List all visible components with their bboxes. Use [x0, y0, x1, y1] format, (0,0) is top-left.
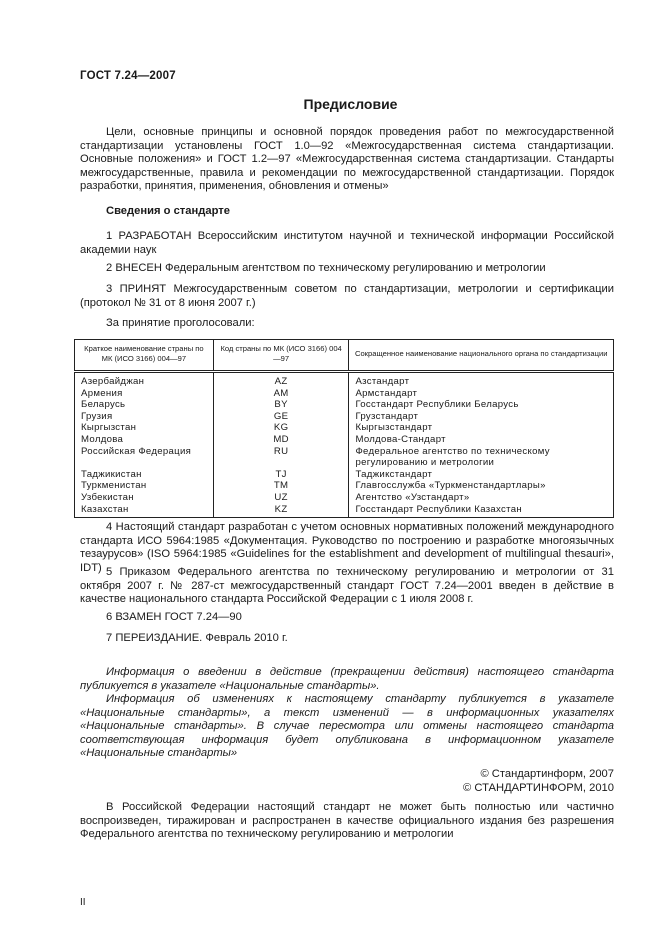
table-row: АзербайджанAZАзстандарт: [75, 372, 614, 388]
table-row: КазахстанKZГосстандарт Республики Казахс…: [75, 504, 614, 518]
agency-cell: Главгосслужба «Туркменстандартлары»: [349, 480, 614, 492]
column-header-country: Краткое наименование страны по МК (ИСО 3…: [75, 340, 214, 372]
country-cell: Российская Федерация: [75, 446, 214, 469]
code-cell: KZ: [213, 504, 349, 518]
table-header-row: Краткое наименование страны по МК (ИСО 3…: [75, 340, 614, 372]
item-5: 5 Приказом Федерального агентства по тех…: [80, 566, 614, 607]
item-3: 3 ПРИНЯТ Межгосударственным советом по с…: [80, 283, 614, 310]
intro-paragraph: Цели, основные принципы и основной поряд…: [80, 126, 614, 194]
country-cell: Грузия: [75, 411, 214, 423]
table-row: ТуркменистанTMГлавгосслужба «Туркменстан…: [75, 480, 614, 492]
notice-paragraph-2: Информация об изменениях к настоящему ст…: [80, 693, 614, 761]
vote-intro: За принятие проголосовали:: [80, 317, 614, 331]
agency-cell: Госстандарт Республики Беларусь: [349, 399, 614, 411]
table-row: ГрузияGEГрузстандарт: [75, 411, 614, 423]
page-number: II: [80, 897, 86, 908]
country-cell: Беларусь: [75, 399, 214, 411]
document-code: ГОСТ 7.24—2007: [80, 70, 176, 82]
code-cell: RU: [213, 446, 349, 469]
country-cell: Азербайджан: [75, 372, 214, 388]
agency-cell: Федеральное агентство по техническому ре…: [349, 446, 614, 469]
item-7: 7 ПЕРЕИЗДАНИЕ. Февраль 2010 г.: [80, 632, 614, 646]
code-cell: GE: [213, 411, 349, 423]
country-cell: Молдова: [75, 434, 214, 446]
agency-cell: Азстандарт: [349, 372, 614, 388]
table-row: УзбекистанUZАгентство «Узстандарт»: [75, 492, 614, 504]
code-cell: TM: [213, 480, 349, 492]
country-cell: Кыргызстан: [75, 422, 214, 434]
copyright-line-2: © СТАНДАРТИНФОРМ, 2010: [80, 782, 614, 796]
code-cell: AM: [213, 388, 349, 400]
code-cell: MD: [213, 434, 349, 446]
table-row: АрменияAMАрмстандарт: [75, 388, 614, 400]
country-cell: Армения: [75, 388, 214, 400]
agency-cell: Грузстандарт: [349, 411, 614, 423]
country-cell: Узбекистан: [75, 492, 214, 504]
table-row: МолдоваMDМолдова-Стандарт: [75, 434, 614, 446]
page-title: Предисловие: [0, 96, 661, 112]
table-row: КыргызстанKGКыргызстандарт: [75, 422, 614, 434]
agency-cell: Кыргызстандарт: [349, 422, 614, 434]
agency-cell: Армстандарт: [349, 388, 614, 400]
column-header-code: Код страны по МК (ИСО 3166) 004—97: [213, 340, 349, 372]
table-row: БеларусьBYГосстандарт Республики Беларус…: [75, 399, 614, 411]
table-row: ТаджикистанTJТаджикстандарт: [75, 469, 614, 481]
agency-cell: Агентство «Узстандарт»: [349, 492, 614, 504]
code-cell: AZ: [213, 372, 349, 388]
item-1: 1 РАЗРАБОТАН Всероссийским институтом на…: [80, 230, 614, 257]
reproduction-notice: В Российской Федерации настоящий стандар…: [80, 801, 614, 842]
column-header-agency: Сокращенное наименование национального о…: [349, 340, 614, 372]
table-row: Российская ФедерацияRUФедеральное агентс…: [75, 446, 614, 469]
country-cell: Туркменистан: [75, 480, 214, 492]
agency-cell: Таджикстандарт: [349, 469, 614, 481]
member-states-table: Краткое наименование страны по МК (ИСО 3…: [74, 339, 614, 518]
agency-cell: Госстандарт Республики Казахстан: [349, 504, 614, 518]
item-6: 6 ВЗАМЕН ГОСТ 7.24—90: [80, 611, 614, 625]
code-cell: KG: [213, 422, 349, 434]
item-2: 2 ВНЕСЕН Федеральным агентством по техни…: [80, 262, 614, 276]
country-cell: Таджикистан: [75, 469, 214, 481]
code-cell: UZ: [213, 492, 349, 504]
code-cell: TJ: [213, 469, 349, 481]
copyright-line-1: © Стандартинформ, 2007: [80, 768, 614, 782]
section-heading: Сведения о стандарте: [80, 205, 614, 219]
notice-paragraph-1: Информация о введении в действие (прекра…: [80, 666, 614, 693]
code-cell: BY: [213, 399, 349, 411]
country-cell: Казахстан: [75, 504, 214, 518]
agency-cell: Молдова-Стандарт: [349, 434, 614, 446]
